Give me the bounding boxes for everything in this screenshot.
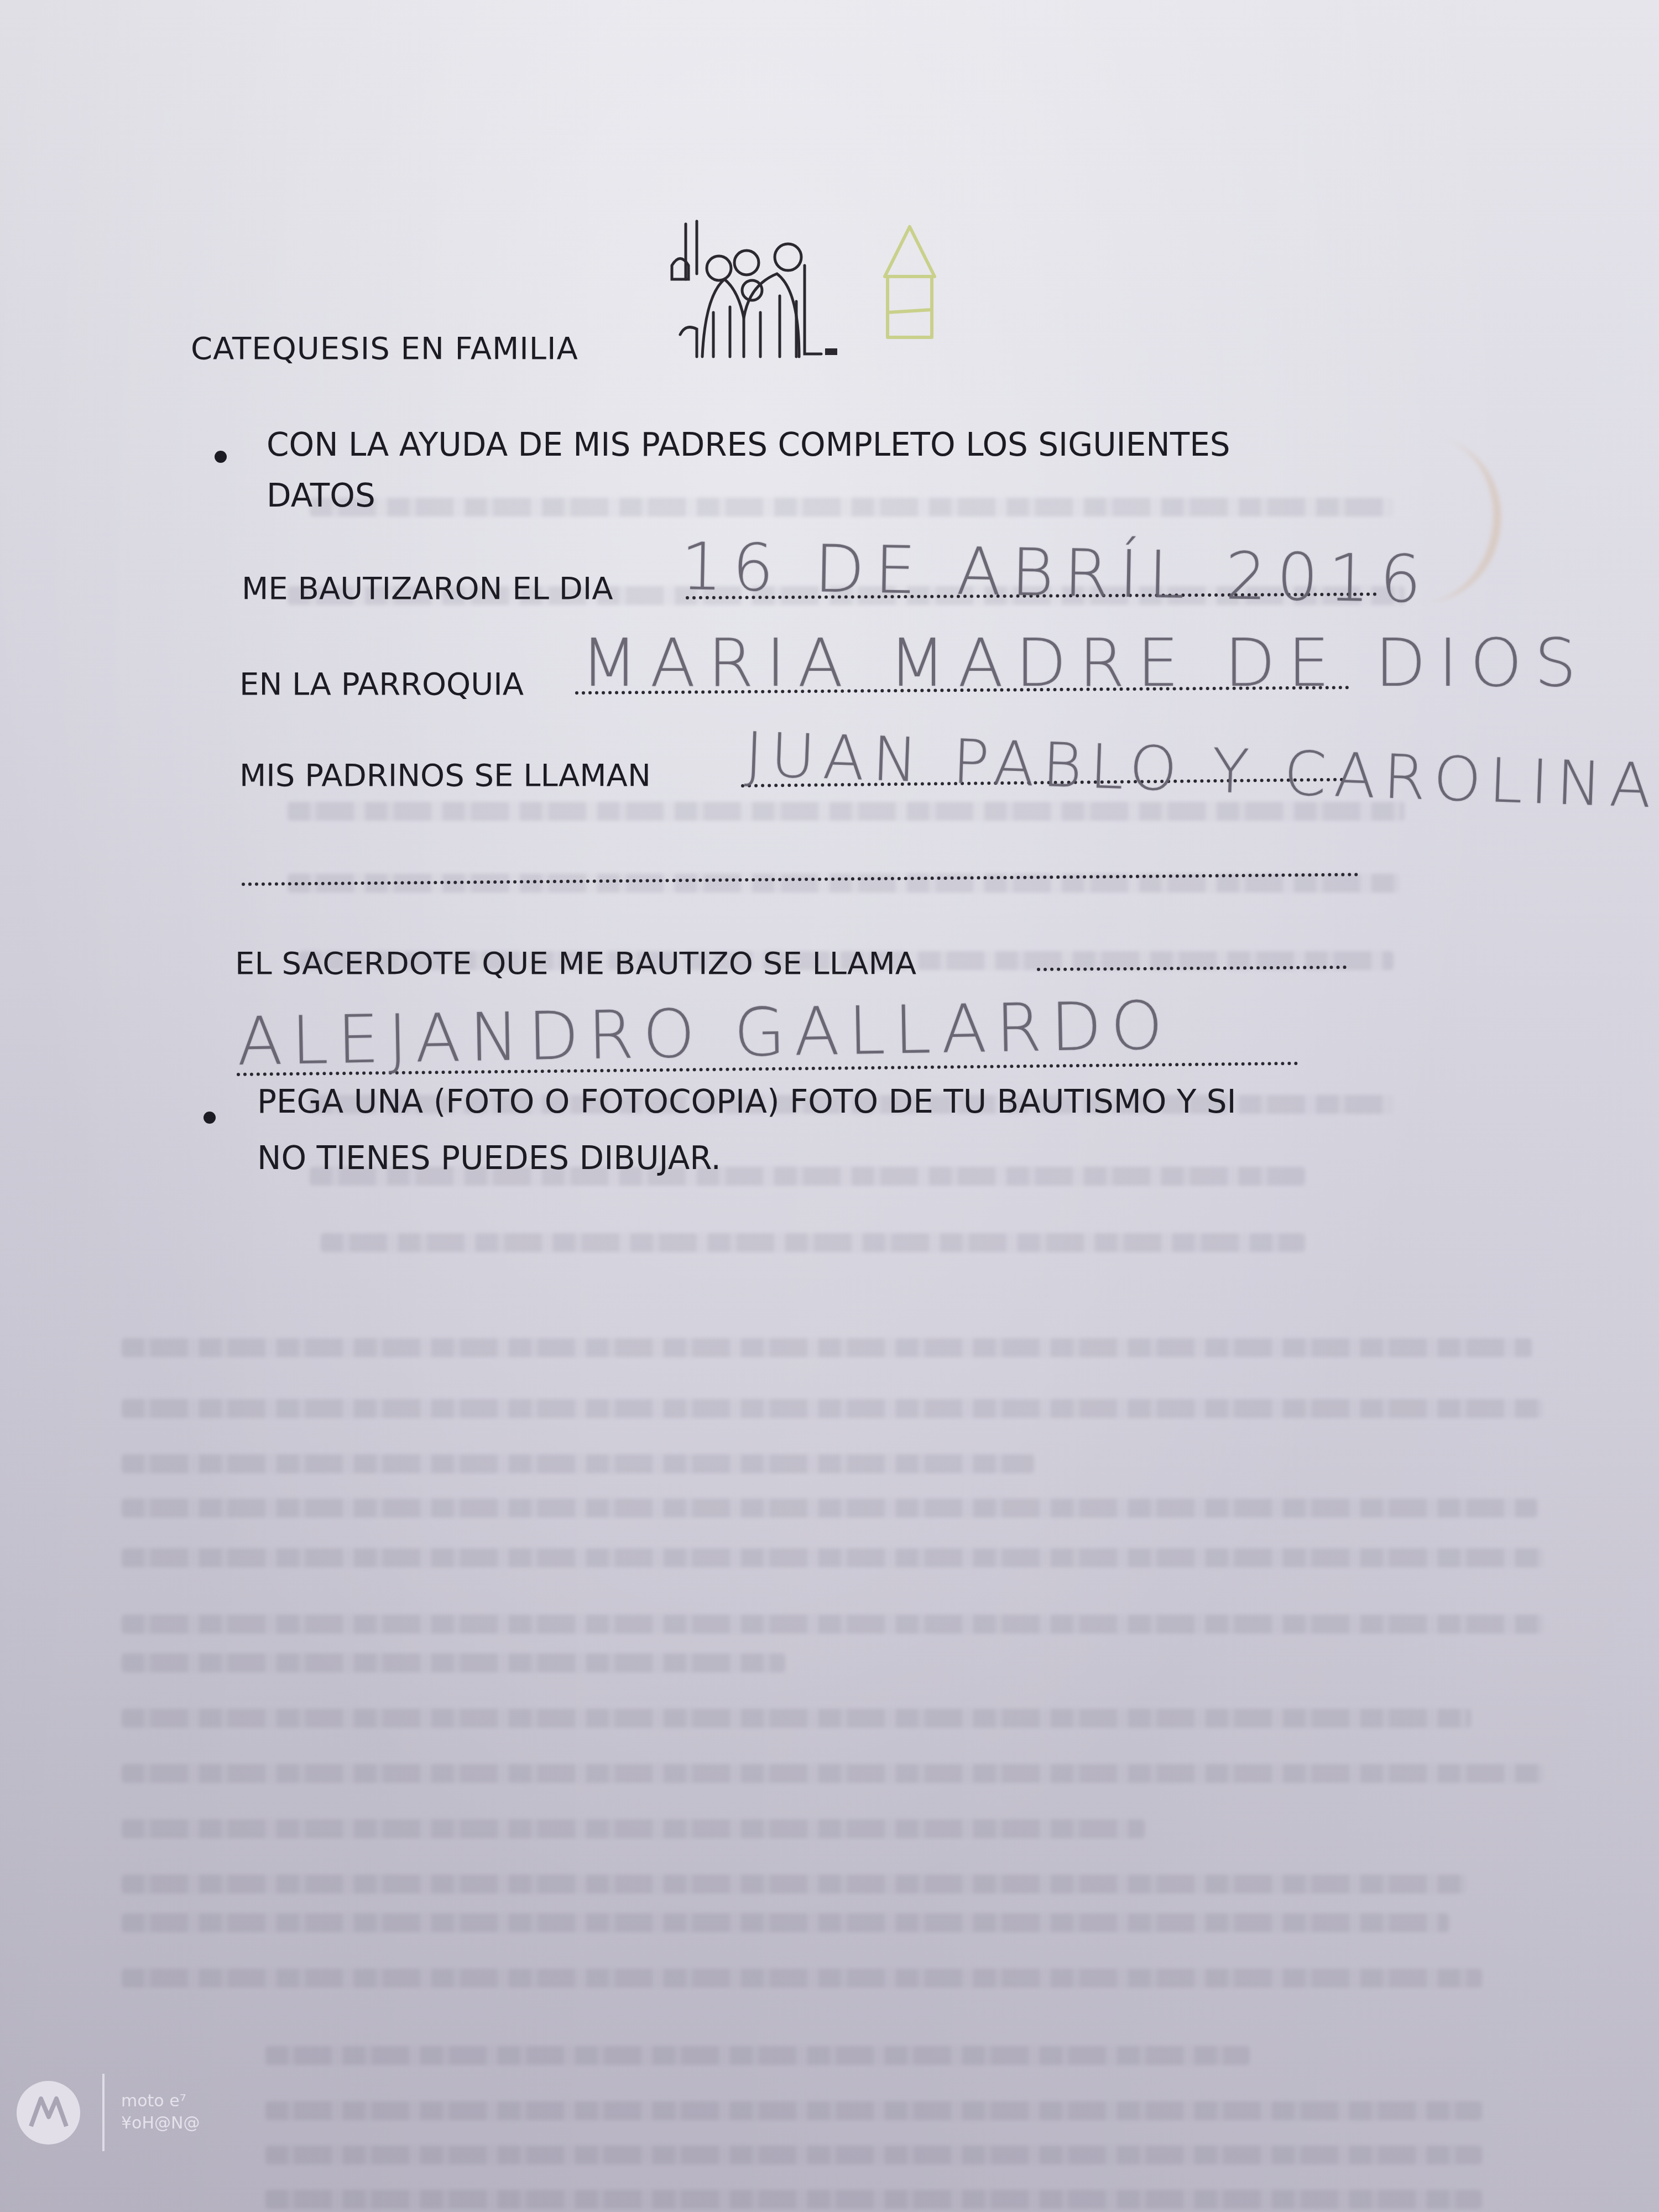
watermark-divider: [102, 2074, 105, 2151]
handwritten-baptism-date[interactable]: 16 DE ABRÍL 2016: [680, 528, 1432, 618]
field-label-priest: EL SACERDOTE QUE ME BAUTIZO SE LLAMA: [235, 946, 916, 982]
watermark-owner: ¥oH@N@: [121, 2112, 200, 2135]
instruction-2-line-1: PEGA UNA (FOTO O FOTOCOPIA) FOTO DE TU B…: [257, 1083, 1237, 1120]
handwritten-priest-name[interactable]: ALEJANDRO GALLARDO: [237, 988, 1172, 1081]
motorola-logo-icon: [17, 2081, 80, 2145]
instruction-1-line-1: CON LA AYUDA DE MIS PADRES COMPLETO LOS …: [267, 426, 1230, 463]
instruction-1-line-2: DATOS: [267, 477, 375, 514]
handwritten-parish[interactable]: MARIA MADRE DE DIOS: [581, 625, 1589, 702]
bullet-icon: [204, 1112, 216, 1124]
handwritten-godparents[interactable]: JUAN PABLO Y CAROLINA: [744, 719, 1659, 822]
camera-watermark: moto e⁷ ¥oH@N@: [17, 2074, 200, 2151]
page-title: CATEQUESIS EN FAMILIA: [191, 331, 578, 367]
field-label-baptism-date: ME BAUTIZARON EL DIA: [242, 571, 613, 607]
house-doodle-icon: [868, 221, 951, 343]
field-label-parish: EN LA PARROQUIA: [239, 666, 524, 702]
bullet-icon: [215, 451, 227, 463]
field-line-priest: [1037, 966, 1347, 971]
field-label-godparents: MIS PADRINOS SE LLAMAN: [239, 758, 651, 794]
watermark-device: moto e⁷: [121, 2090, 200, 2112]
family-illustration-icon: [669, 213, 846, 362]
field-line-godparents-continued: [242, 873, 1359, 886]
instruction-2-line-2: NO TIENES PUEDES DIBUJAR.: [257, 1139, 721, 1177]
